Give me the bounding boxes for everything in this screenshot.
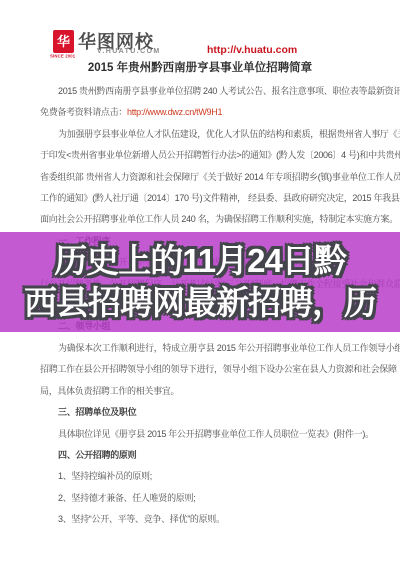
doc-list-item-2: 2、坚持德才兼备、任人唯贤的原则; [40, 488, 364, 509]
doc-list-item-1: 1、坚持控编补员的原则; [40, 466, 364, 487]
doc-line: 局，具体负责招聘工作的相关事宜。 [40, 381, 364, 402]
page: 华 SINCE 2001 华图网校 V.HUATU.COM http://v.h… [0, 0, 400, 565]
doc-line: 免费备考资料请点击：http://www.dwz.cn/tW9H1 [40, 102, 364, 123]
link-label: 免费备考资料请点击： [40, 107, 127, 117]
huatu-logo-icon: 华 [53, 30, 74, 53]
doc-line: 具体职位详见《册亨县 2015 年公开招聘事业单位工作人员职位一览表》(附件一)… [40, 424, 364, 445]
resources-link[interactable]: http://www.dwz.cn/tW9H1 [127, 107, 222, 117]
doc-line: 工作的通知》(黔人社厅通〔2014〕170 号)文件精神， 经县委、县政府研究决… [40, 188, 364, 209]
logo-mark: 华 [57, 35, 70, 48]
document-title: 2015 年贵州黔西南册亨县事业单位招聘简章 [0, 59, 400, 75]
brand-domain: V.HUATU.COM [97, 48, 161, 55]
site-url-link[interactable]: http://v.huatu.com [207, 44, 297, 56]
doc-line: 为确保本次工作顺利进行，特成立册亨县 2015 年公开招聘事业单位工作人员工作领… [40, 338, 364, 359]
doc-list-item-3: 3、坚持“公开、平等、竞争、择优”的原则。 [40, 509, 364, 530]
doc-line: 面向社会公开招聘事业单位工作人员 240 名，为确保招聘工作顺利实施，特制定本实… [40, 209, 364, 230]
promo-title-line1: 历史上的11月24日黔 [54, 240, 346, 282]
doc-heading-3: 三、招聘单位及职位 [40, 402, 364, 423]
doc-line: 于印发<贵州省事业单位新增人员公开招聘暂行办法>的通知》(黔人发〔2006〕4 … [40, 145, 364, 166]
promo-overlay-banner: 历史上的11月24日黔 西县招聘网最新招聘，历 [0, 232, 400, 332]
promo-title-line2: 西县招聘网最新招聘，历 [24, 282, 376, 324]
doc-line: 为加强册亨县事业单位人才队伍建设，优化人才队伍的结构和素质，根据贵州省人事厅《关 [40, 124, 364, 145]
doc-line: 2015 贵州黔西南册亨县事业单位招聘 240 人考试公告、报名注意事项、职位表… [40, 81, 364, 102]
doc-heading-4: 四、公开招聘的原则 [40, 445, 364, 466]
doc-line: 招聘工作在县公开招聘领导小组的领导下进行，领导小组下设办公室在县人力资源和社会保… [40, 359, 364, 380]
doc-line: 省委组织部 贵州省人力资源和社会保障厅《关于做好 2014 年专项招聘乡(镇)事… [40, 167, 364, 188]
